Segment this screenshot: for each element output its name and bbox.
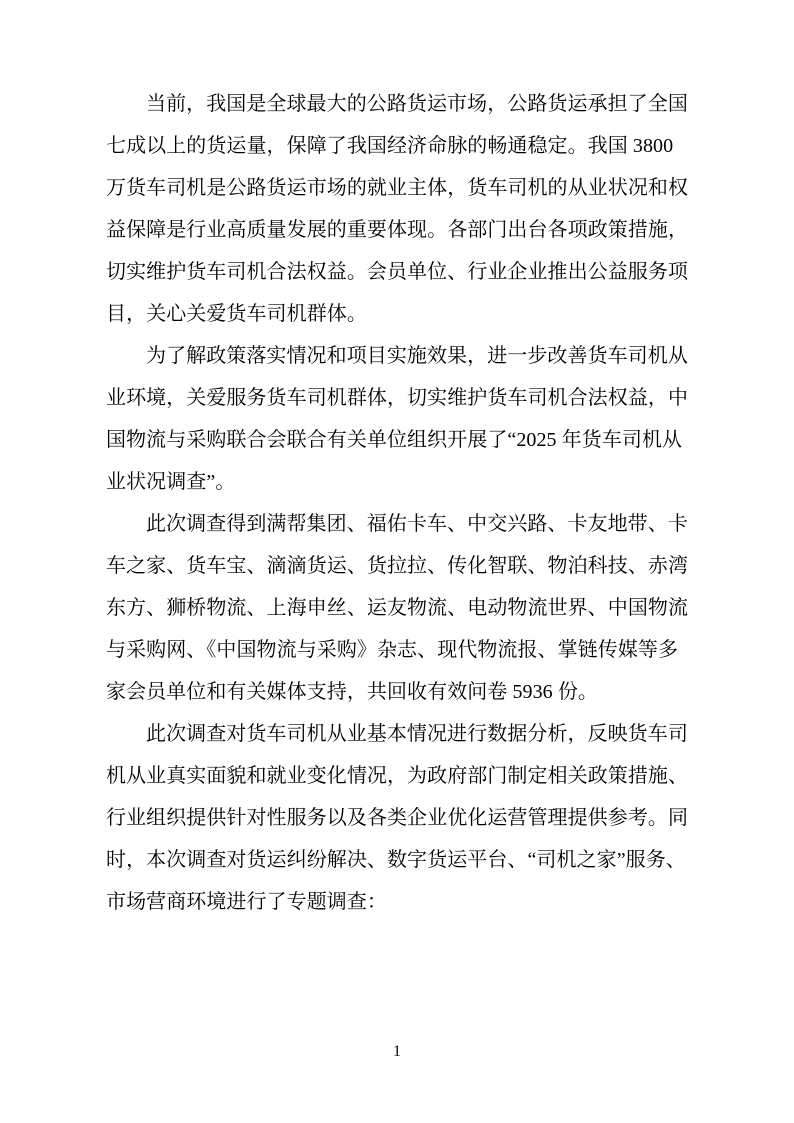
paragraph-line: 万货车司机是公路货运市场的就业主体，货车司机的从业状况和权 (106, 167, 688, 209)
paragraph-line: 此次调查对货车司机从业基本情况进行数据分析，反映货车司 (106, 713, 688, 755)
paragraph: 此次调查对货车司机从业基本情况进行数据分析，反映货车司 机从业真实面貌和就业变化… (106, 713, 688, 923)
paragraph-line: 益保障是行业高质量发展的重要体现。各部门出台各项政策措施， (106, 209, 688, 251)
paragraph-line: 行业组织提供针对性服务以及各类企业优化运营管理提供参考。同 (106, 797, 688, 839)
page-number: 1 (0, 1040, 794, 1064)
paragraph-line: 东方、狮桥物流、上海申丝、运友物流、电动物流世界、中国物流 (106, 587, 688, 629)
paragraph-line: 当前，我国是全球最大的公路货运市场，公路货运承担了全国 (106, 83, 688, 125)
paragraph-line: 机从业真实面貌和就业变化情况，为政府部门制定相关政策措施、 (106, 755, 688, 797)
paragraph-line: 此次调查得到满帮集团、福佑卡车、中交兴路、卡友地带、卡 (106, 503, 688, 545)
paragraph-line: 时，本次调查对货运纠纷解决、数字货运平台、“司机之家”服务、 (106, 839, 688, 881)
paragraph-line: 车之家、货车宝、滴滴货运、货拉拉、传化智联、物泊科技、赤湾 (106, 545, 688, 587)
paragraph-line: 业环境，关爱服务货车司机群体，切实维护货车司机合法权益，中 (106, 377, 688, 419)
paragraph-line: 为了解政策落实情况和项目实施效果，进一步改善货车司机从 (106, 335, 688, 377)
paragraph: 当前，我国是全球最大的公路货运市场，公路货运承担了全国 七成以上的货运量，保障了… (106, 83, 688, 335)
paragraph-line: 与采购网、《中国物流与采购》杂志、现代物流报、掌链传媒等多 (106, 629, 688, 671)
paragraph-line: 市场营商环境进行了专题调查： (106, 881, 688, 923)
document-body: 当前，我国是全球最大的公路货运市场，公路货运承担了全国 七成以上的货运量，保障了… (106, 83, 688, 923)
paragraph-line: 目，关心关爱货车司机群体。 (106, 293, 688, 335)
paragraph-line: 七成以上的货运量，保障了我国经济命脉的畅通稳定。我国 3800 (106, 125, 688, 167)
paragraph-line: 业状况调查”。 (106, 461, 688, 503)
paragraph-line: 切实维护货车司机合法权益。会员单位、行业企业推出公益服务项 (106, 251, 688, 293)
paragraph: 为了解政策落实情况和项目实施效果，进一步改善货车司机从 业环境，关爱服务货车司机… (106, 335, 688, 503)
paragraph-line: 家会员单位和有关媒体支持，共回收有效问卷 5936 份。 (106, 671, 688, 713)
paragraph-line: 国物流与采购联合会联合有关单位组织开展了“2025 年货车司机从 (106, 419, 688, 461)
paragraph: 此次调查得到满帮集团、福佑卡车、中交兴路、卡友地带、卡 车之家、货车宝、滴滴货运… (106, 503, 688, 713)
document-page: 当前，我国是全球最大的公路货运市场，公路货运承担了全国 七成以上的货运量，保障了… (0, 0, 794, 1123)
